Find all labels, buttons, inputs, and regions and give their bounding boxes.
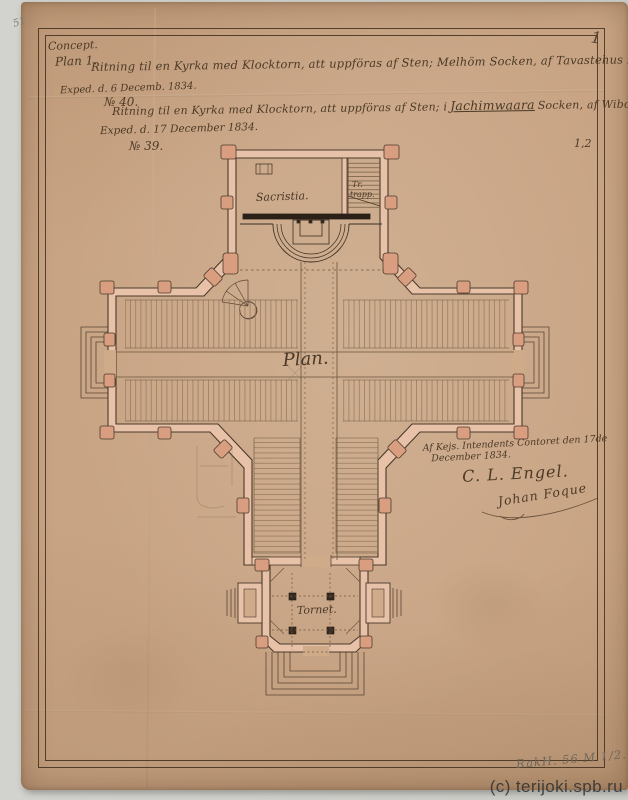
tower-label: Tornet. [297,603,337,617]
site-watermark: (c) terijoki.spb.ru [490,777,623,797]
pew-benches [116,262,514,560]
stair-label-line1: Tr. [352,180,363,189]
stair-label-line2: trapp. [350,190,375,199]
church-floor-plan-drawing: Sacristia. Tr. trapp. Plan. Tornet. [0,0,628,800]
scanned-drawing-page: { "paper": { "corner_page_number": "1", … [0,0,628,800]
approval-block: Af Kejs. Intendents Contoret den 17de De… [422,433,610,507]
sacristy-label: Sacristia. [256,189,309,204]
plan-center-label: Plan. [281,348,329,371]
